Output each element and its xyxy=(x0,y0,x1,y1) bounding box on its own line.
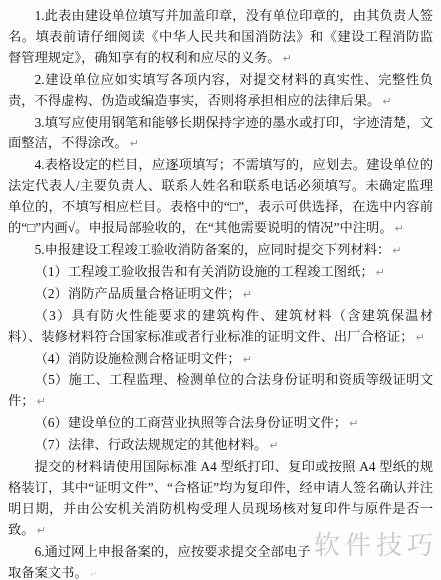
list-item: （5）施工、工程监理、检测单位的合法身份证明和资质等级证明文件；↵ xyxy=(8,370,433,413)
paragraph-return-mark-icon: ↵ xyxy=(35,521,46,542)
paragraph-return-mark-icon: ↵ xyxy=(267,436,278,457)
paragraph-text: 2.建设单位应如实填写各项内容，对提交材料的真实性、完整性负责，不得虚构、伪造或… xyxy=(8,72,433,108)
list-item: （4）消防设施检测合格证明文件；↵ xyxy=(8,349,433,371)
paragraph-return-mark-icon: ↵ xyxy=(393,219,404,240)
paragraph-text: （7）法律、行政法规规定的其他材料。 xyxy=(35,437,268,452)
document-viewport: { "page": { "background_color": "#fdfdfd… xyxy=(0,0,441,580)
paragraph-text: 6.通过网上申报备案的，应按要求提交全部电子 取备案文书。 xyxy=(8,544,311,580)
paragraph-return-mark-icon: ↵ xyxy=(414,328,425,349)
paragraph: 提交的材料请使用国际标准 A4 型纸打印、复印或按照 A4 型纸的规格装订，其中… xyxy=(8,457,433,542)
paragraph-text: 1.此表由建设单位填写并加盖印章，没有单位印章的，由其负责人签名。填表前请仔细阅… xyxy=(8,8,433,65)
paragraph-text: （2）消防产品质量合格证明文件； xyxy=(35,286,241,301)
paragraph-text: 3.填写应使用钢笔和能够长期保持字迹的墨水或打印，字迹清楚，文面整洁，不得涂改。 xyxy=(8,115,433,151)
list-item: （6）建设单位的工商营业执照等合法身份证明文件；↵ xyxy=(8,413,433,435)
paragraph-return-mark-icon: ↵ xyxy=(241,350,252,371)
paragraph: 1.此表由建设单位填写并加盖印章，没有单位印章的，由其负责人签名。填表前请仔细阅… xyxy=(8,6,433,70)
paragraph-return-mark-icon: ↵ xyxy=(35,392,46,413)
list-item: （3）具有防火性能要求的建筑构件、建筑材料（含建筑保温材料）、装修材料符合国家标… xyxy=(8,306,433,349)
paragraph: 3.填写应使用钢笔和能够长期保持字迹的墨水或打印，字迹清楚，文面整洁，不得涂改。… xyxy=(8,113,433,156)
paragraph: 5.申报建设工程竣工验收消防备案的，应同时提交下列材料：↵ xyxy=(8,240,433,262)
paragraph-return-mark-icon: ↵ xyxy=(380,92,391,113)
paragraph-text: 5.申报建设工程竣工验收消防备案的，应同时提交下列材料： xyxy=(35,242,391,257)
list-item: （1）工程竣工验收报告和有关消防设施的工程竣工图纸；↵ xyxy=(8,262,433,284)
paragraph-return-mark-icon: ↵ xyxy=(281,49,292,70)
paragraph-text: 提交的材料请使用国际标准 A4 型纸打印、复印或按照 A4 型纸的规格装订，其中… xyxy=(8,459,433,537)
paragraph-text: （4）消防设施检测合格证明文件； xyxy=(35,351,241,366)
list-item: （7）法律、行政法规规定的其他材料。↵ xyxy=(8,435,433,457)
paragraph-text: （3）具有防火性能要求的建筑构件、建筑材料（含建筑保温材料）、装修材料符合国家标… xyxy=(8,308,433,344)
stray-dot-mark xyxy=(10,571,13,574)
text-cursor-mark-icon: ↵ xyxy=(88,565,98,580)
paragraph: 2.建设单位应如实填写各项内容，对提交材料的真实性、完整性负责，不得虚构、伪造或… xyxy=(8,70,433,113)
paragraph-return-mark-icon: ↵ xyxy=(390,241,401,262)
list-item: （2）消防产品质量合格证明文件；↵ xyxy=(8,284,433,306)
paragraph-return-mark-icon: ↵ xyxy=(128,134,139,155)
paragraph-text: （5）施工、工程监理、检测单位的合法身份证明和资质等级证明文件； xyxy=(8,372,433,408)
paragraph: 6.通过网上申报备案的，应按要求提交全部电子 取备案文书。↵ xyxy=(8,542,433,580)
paragraph: 4.表格设定的栏目，应逐项填写；不需填写的，应划去。建设单位的法定代表人/主要负… xyxy=(8,155,433,240)
paragraph-text: 4.表格设定的栏目，应逐项填写；不需填写的，应划去。建设单位的法定代表人/主要负… xyxy=(8,157,433,235)
paragraph-return-mark-icon: ↵ xyxy=(347,414,358,435)
document-page: 1.此表由建设单位填写并加盖印章，没有单位印章的，由其负责人签名。填表前请仔细阅… xyxy=(0,0,441,580)
paragraph-return-mark-icon: ↵ xyxy=(241,285,252,306)
paragraph-text: （6）建设单位的工商营业执照等合法身份证明文件； xyxy=(35,415,347,430)
paragraph-text: （1）工程竣工验收报告和有关消防设施的工程竣工图纸； xyxy=(35,264,374,279)
paragraph-return-mark-icon: ↵ xyxy=(374,263,385,284)
